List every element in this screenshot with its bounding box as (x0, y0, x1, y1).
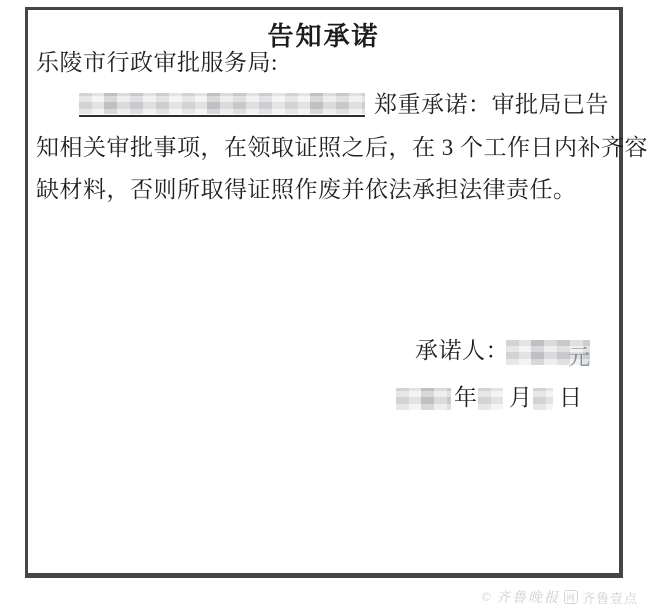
watermark: © 齐鲁晚报 网 齐鲁壹点 (481, 587, 638, 607)
document-page: 告知承诺 乐陵市行政审批服务局: 郑重承诺：审批局已告 知相关审批事项，在领取证… (0, 0, 650, 612)
watermark-brand-text: 齐鲁壹点 (582, 588, 638, 607)
signer-name-blur: 元 (506, 340, 590, 365)
body-line2: 知相关审批事项，在领取证照之后，在 3 个工作日内补齐容 (36, 136, 648, 159)
date-year-blur (396, 388, 451, 410)
document-frame: 告知承诺 乐陵市行政审批服务局: 郑重承诺：审批局已告 知相关审批事项，在领取证… (25, 7, 623, 578)
document-title: 告知承诺 (28, 16, 619, 53)
watermark-brand-script: 齐鲁晚报 (496, 587, 560, 607)
salutation: 乐陵市行政审批服务局: (36, 51, 278, 74)
year-label: 年 (454, 386, 478, 409)
month-label: 月 (509, 386, 533, 409)
watermark-logo-icon: 网 (564, 590, 578, 604)
signer-label: 承诺人： (415, 339, 509, 362)
signer-name-partial-glyph: 元 (568, 341, 590, 372)
day-label: 日 (559, 386, 583, 409)
watermark-copyright: © (481, 589, 492, 605)
body-line1: 郑重承诺：审批局已告 (374, 93, 609, 116)
body-line3: 缺材料，否则所取得证照作废并依法承担法律责任。 (36, 178, 577, 201)
redacted-name-blur (79, 93, 365, 117)
date-month-blur (478, 388, 503, 410)
date-day-blur (533, 388, 553, 410)
